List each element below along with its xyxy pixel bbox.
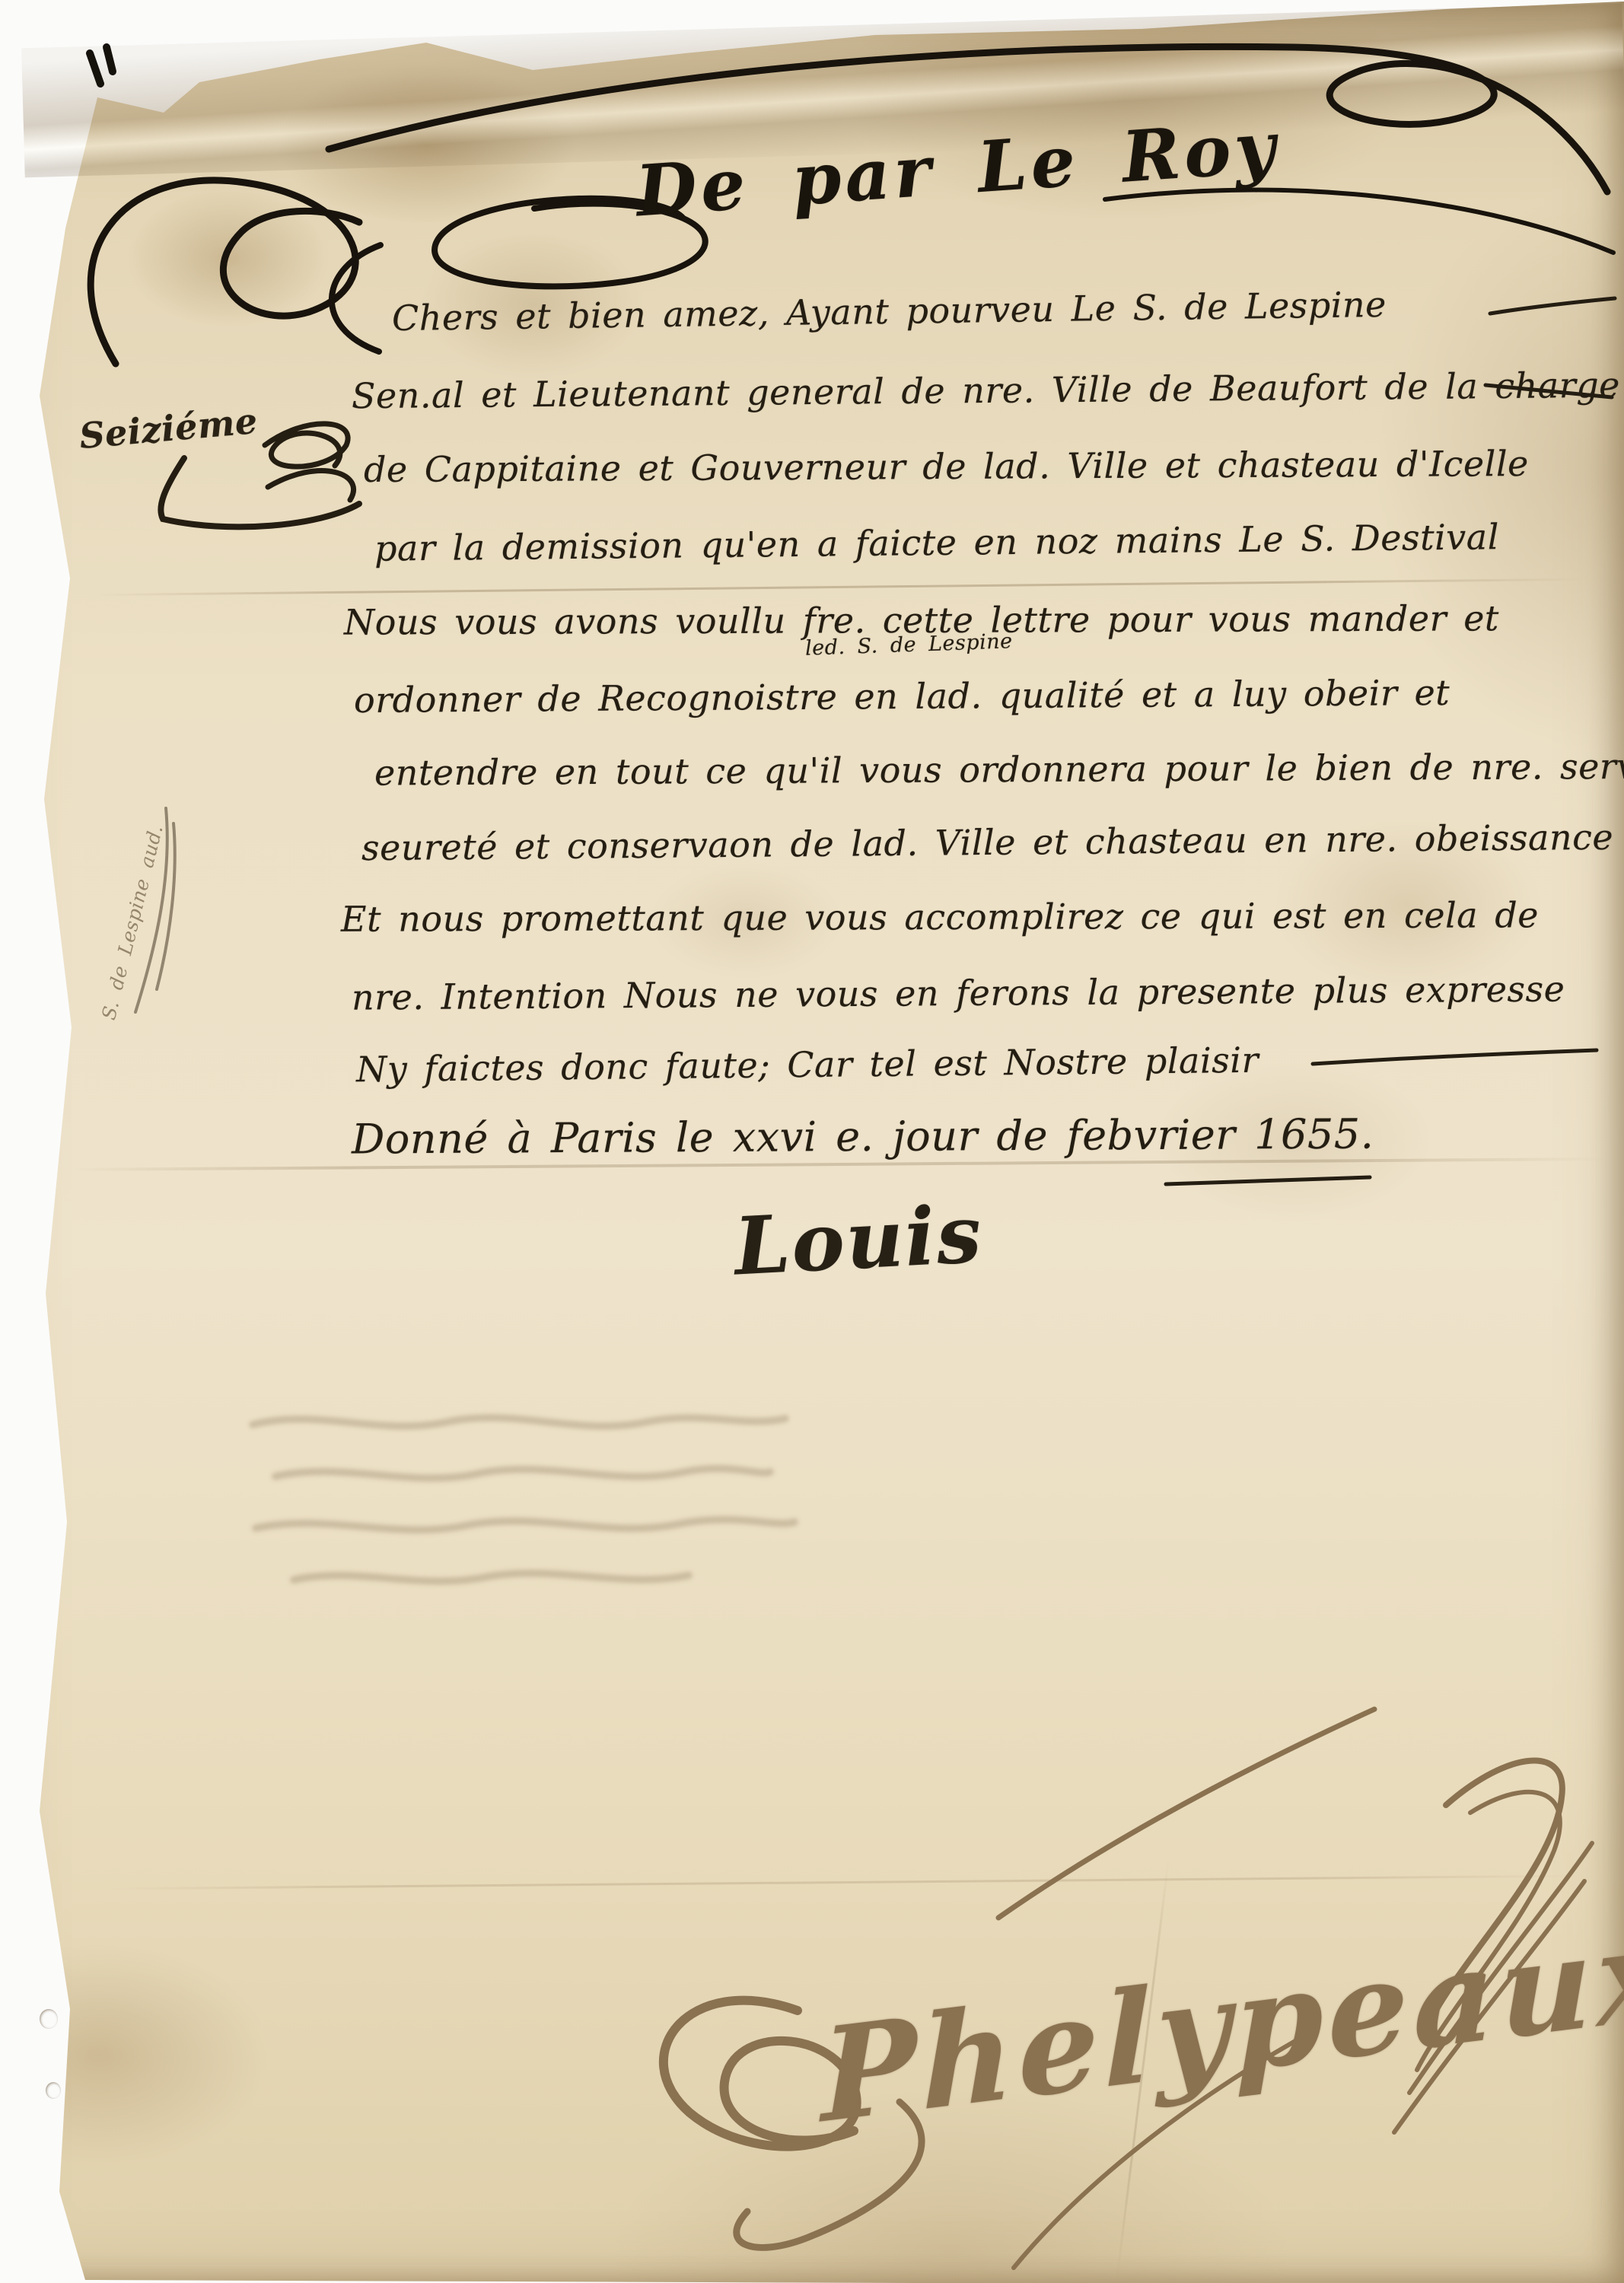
manuscript-line: ordonner de Recognoistre en lad. qualité… (354, 672, 1450, 721)
manuscript-date-line: Donné à Paris le xxvi e. jour de febvrie… (352, 1110, 1374, 1163)
manuscript-line: de Cappitaine et Gouverneur de lad. Vill… (364, 443, 1529, 490)
edge-ink-marks (90, 47, 113, 84)
punch-hole (40, 2009, 58, 2029)
manuscript-line: Et nous promettant que vous accomplirez … (341, 894, 1539, 939)
punch-hole (46, 2082, 61, 2099)
manuscript-line: entendre en tout ce qu'il vous ordonnera… (374, 745, 1624, 793)
manuscript-line: Nous vous avons voullu fre. cette lettre… (344, 597, 1499, 642)
royal-signature: Louis (732, 1187, 985, 1294)
manuscript-line: nre. Intention Nous ne vous en ferons la… (352, 968, 1565, 1017)
manuscript-scan: De par Le Roy Seiziéme S. de Lespine aud… (0, 0, 1624, 2283)
